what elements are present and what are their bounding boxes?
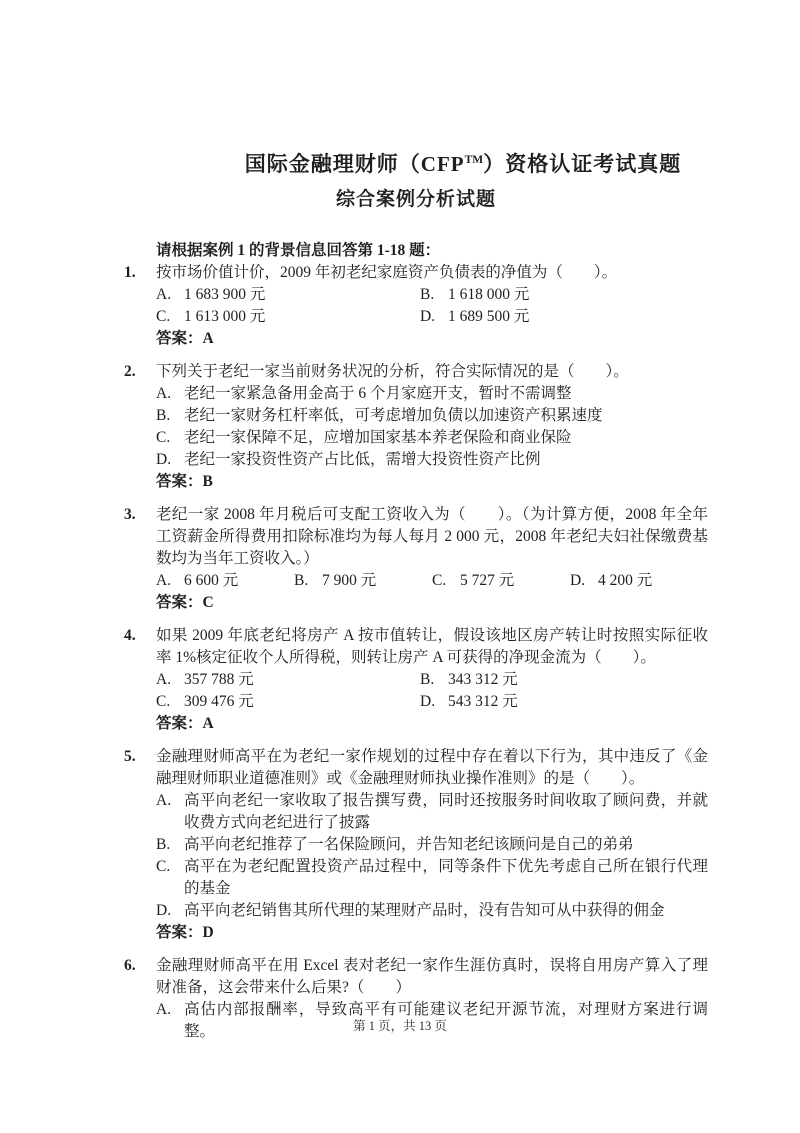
option-label: A. [156,570,184,592]
option-label: B. [156,834,184,856]
option-label: C. [156,856,184,900]
answer-value: A [203,330,214,347]
question-text: 金融理财师高平在为老纪一家作规划的过程中存在着以下行为，其中违反了《金融理财师职… [156,746,708,790]
option-a: A.高平向老纪一家收取了报告撰写费，同时还按服务时间收取了顾问费，并就收费方式向… [156,790,708,834]
question-text: 老纪一家 2008 年月税后可支配工资收入为（ ）。（为计算方便，2008 年全… [156,504,708,570]
option-label: D. [570,570,598,592]
answer-value: A [203,715,214,732]
option-text: 高平在为老纪配置投资产品过程中，同等条件下优先考虑自己所在银行代理的基金 [184,856,708,900]
option-b: B.高平向老纪推荐了一名保险顾问，并告知老纪该顾问是自己的弟弟 [156,834,708,856]
answer-label: 答案： [156,594,203,611]
option-label: A. [156,383,184,405]
option-a: A.1 683 900 元 [156,284,420,306]
option-text: 5 727 元 [460,570,570,592]
question-5: 5. 金融理财师高平在为老纪一家作规划的过程中存在着以下行为，其中违反了《金融理… [124,746,708,944]
question-text: 按市场价值计价，2009 年初老纪家庭资产负债表的净值为（ ）。 [156,262,708,284]
option-label: D. [420,306,448,328]
answer-label: 答案： [156,924,203,941]
answer-value: D [203,924,214,941]
question-number: 5. [124,746,156,944]
question-number: 2. [124,361,156,493]
options: A.357 788 元 B.343 312 元 C.309 476 元 D.54… [156,669,708,713]
option-d: D.高平向老纪销售其所代理的某理财产品时，没有告知可从中获得的佣金 [156,900,708,922]
option-label: C. [156,691,184,713]
answer-value: B [203,473,213,490]
option-a: A.357 788 元 [156,669,420,691]
option-label: A. [156,669,184,691]
option-c: C.1 613 000 元 [156,306,420,328]
option-label: A. [156,790,184,834]
option-text: 343 312 元 [448,669,708,691]
exam-title: 国际金融理财师（CFPTM）资格认证考试真题 [171,147,755,177]
option-label: A. [156,284,184,306]
question-text: 金融理财师高平在用 Excel 表对老纪一家作生涯仿真时，误将自用房产算入了理财… [156,955,708,999]
option-label: D. [420,691,448,713]
option-text: 7 900 元 [322,570,432,592]
option-text: 6 600 元 [184,570,294,592]
option-label: D. [156,449,184,471]
question-text: 如果 2009 年底老纪将房产 A 按市值转让，假设该地区房产转让时按照实际征收… [156,625,708,669]
page-footer: 第 1 页，共 13 页 [0,1016,800,1034]
option-label: D. [156,900,184,922]
option-c: C.高平在为老纪配置投资产品过程中，同等条件下优先考虑自己所在银行代理的基金 [156,856,708,900]
option-text: 1 618 000 元 [448,284,708,306]
option-c: C.老纪一家保障不足，应增加国家基本养老保险和商业保险 [156,427,708,449]
question-text: 下列关于老纪一家当前财务状况的分析，符合实际情况的是（ ）。 [156,361,708,383]
option-label: B. [156,405,184,427]
answer-line: 答案：A [156,328,708,350]
option-b: B.1 618 000 元 [420,284,708,306]
question-number: 1. [124,262,156,350]
option-d: D.老纪一家投资性资产占比低，需增大投资性资产比例 [156,449,708,471]
option-text: 1 689 500 元 [448,306,708,328]
option-text: 老纪一家保障不足，应增加国家基本养老保险和商业保险 [184,427,708,449]
option-label: B. [420,284,448,306]
tm-superscript: TM [465,154,484,166]
option-text: 老纪一家财务杠杆率低，可考虑增加负债以加速资产积累速度 [184,405,708,427]
answer-line: 答案：B [156,471,708,493]
document-page: { "document": { "title": { "prefix": "国际… [0,0,800,1133]
option-text: 543 312 元 [448,691,708,713]
answer-line: 答案：D [156,922,708,944]
question-4: 4. 如果 2009 年底老纪将房产 A 按市值转让，假设该地区房产转让时按照实… [124,625,708,735]
answer-line: 答案：C [156,592,708,614]
answer-label: 答案： [156,330,203,347]
question-2: 2. 下列关于老纪一家当前财务状况的分析，符合实际情况的是（ ）。 A.老纪一家… [124,361,708,493]
option-d: D.4 200 元 [570,570,708,592]
option-c: C.309 476 元 [156,691,420,713]
option-d: D.543 312 元 [420,691,708,713]
options: A.1 683 900 元 B.1 618 000 元 C.1 613 000 … [156,284,708,328]
options: A.高平向老纪一家收取了报告撰写费，同时还按服务时间收取了顾问费，并就收费方式向… [156,790,708,922]
answer-line: 答案：A [156,713,708,735]
option-text: 4 200 元 [598,570,708,592]
option-text: 309 476 元 [184,691,420,713]
option-label: B. [420,669,448,691]
option-text: 1 613 000 元 [184,306,420,328]
option-text: 357 788 元 [184,669,420,691]
answer-label: 答案： [156,715,203,732]
option-a: A.老纪一家紧急备用金高于 6 个月家庭开支，暂时不需调整 [156,383,708,405]
question-number: 3. [124,504,156,614]
option-b: B.老纪一家财务杠杆率低，可考虑增加负债以加速资产积累速度 [156,405,708,427]
exam-subtitle: 综合案例分析试题 [124,188,708,212]
option-b: B.343 312 元 [420,669,708,691]
question-1: 1. 按市场价值计价，2009 年初老纪家庭资产负债表的净值为（ ）。 A.1 … [124,262,708,350]
options: A.老纪一家紧急备用金高于 6 个月家庭开支，暂时不需调整 B.老纪一家财务杠杆… [156,383,708,471]
option-a: A.6 600 元 [156,570,294,592]
option-c: C.5 727 元 [432,570,570,592]
answer-label: 答案： [156,473,203,490]
answer-value: C [203,594,214,611]
question-number: 4. [124,625,156,735]
option-text: 老纪一家紧急备用金高于 6 个月家庭开支，暂时不需调整 [184,383,708,405]
option-label: B. [294,570,322,592]
question-3: 3. 老纪一家 2008 年月税后可支配工资收入为（ ）。（为计算方便，2008… [124,504,708,614]
options: A.6 600 元 B.7 900 元 C.5 727 元 D.4 200 元 [156,570,708,592]
page-content: 国际金融理财师（CFPTM）资格认证考试真题 综合案例分析试题 请根据案例 1 … [124,147,708,1054]
exam-title-prefix: 国际金融理财师（CFP [245,152,465,176]
option-label: C. [432,570,460,592]
option-text: 1 683 900 元 [184,284,420,306]
option-b: B.7 900 元 [294,570,432,592]
option-text: 老纪一家投资性资产占比低，需增大投资性资产比例 [184,449,708,471]
option-text: 高平向老纪一家收取了报告撰写费，同时还按服务时间收取了顾问费，并就收费方式向老纪… [184,790,708,834]
exam-title-suffix: ）资格认证考试真题 [483,152,681,176]
option-label: C. [156,427,184,449]
option-d: D.1 689 500 元 [420,306,708,328]
option-label: C. [156,306,184,328]
option-text: 高平向老纪推荐了一名保险顾问，并告知老纪该顾问是自己的弟弟 [184,834,708,856]
case-instruction: 请根据案例 1 的背景信息回答第 1-18 题： [156,239,708,262]
option-text: 高平向老纪销售其所代理的某理财产品时，没有告知可从中获得的佣金 [184,900,708,922]
